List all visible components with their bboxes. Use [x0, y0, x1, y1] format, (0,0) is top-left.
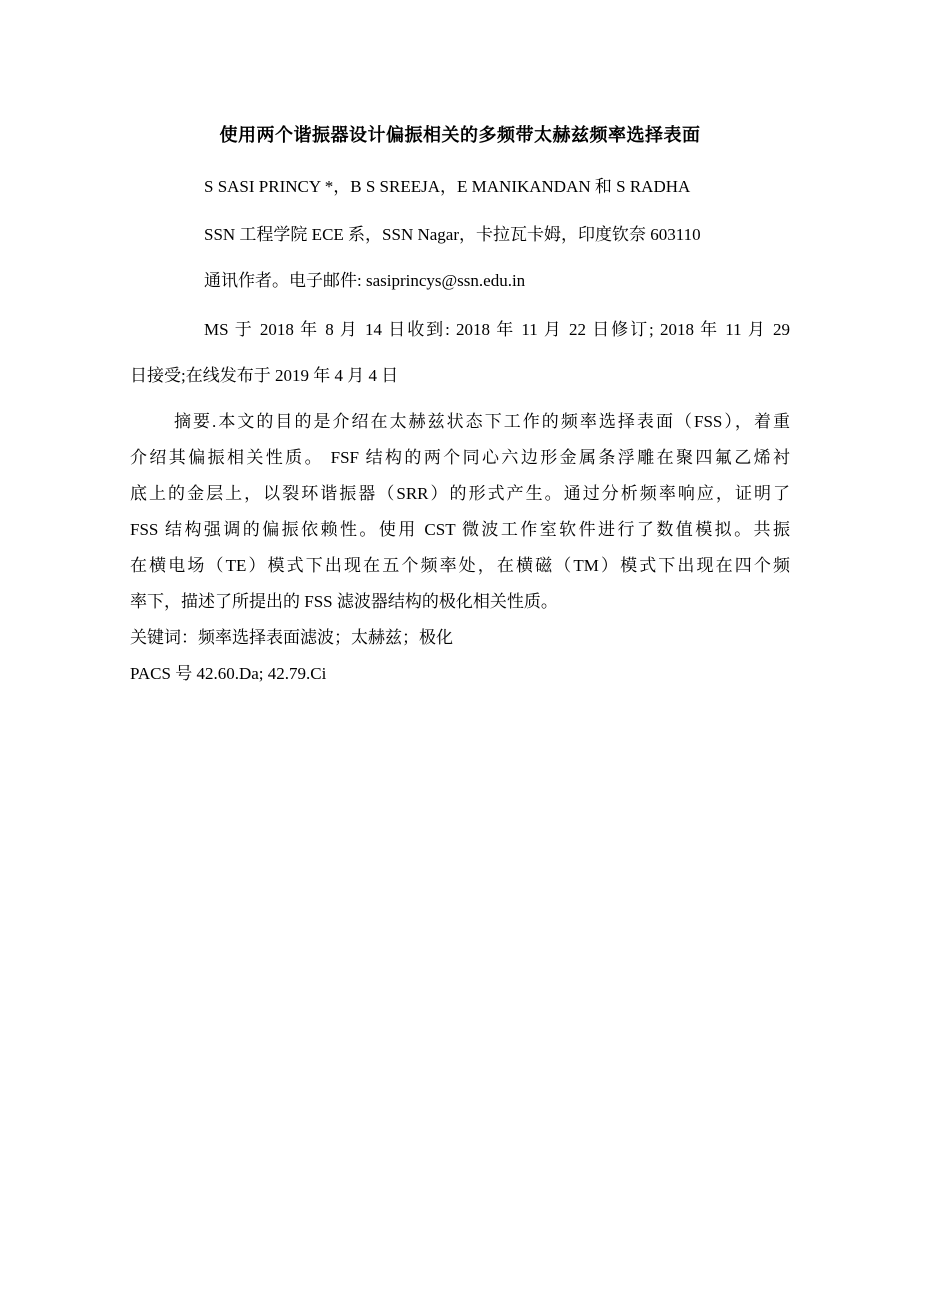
dates-line-1: MS 于 2018 年 8 月 14 日收到: 2018 年 11 月 22 日… — [130, 319, 790, 340]
abstract-line: 介绍其偏振相关性质。 FSF 结构的两个同心六边形金属条浮雕在聚四氟乙烯衬 — [130, 440, 790, 476]
abstract-line: 底上的金层上，以裂环谐振器（SRR）的形式产生。通过分析频率响应，证明了 — [130, 476, 790, 512]
keywords-line: 关键词：频率选择表面滤波；太赫兹；极化 — [130, 620, 790, 656]
correspondence-line: 通讯作者。电子邮件: sasiprincys@ssn.edu.in — [130, 270, 790, 291]
abstract-line: FSS 结构强调的偏振依赖性。使用 CST 微波工作室软件进行了数值模拟。共振 — [130, 512, 790, 548]
abstract-line: 率下，描述了所提出的 FSS 滤波器结构的极化相关性质。 — [130, 584, 790, 620]
affiliation-line: SSN 工程学院 ECE 系，SSN Nagar，卡拉瓦卡姆，印度钦奈 6031… — [130, 224, 790, 245]
author-line: S SASI PRINCY *，B S SREEJA，E MANIKANDAN … — [130, 176, 790, 197]
dates-line-2: 日接受;在线发布于 2019 年 4 月 4 日 — [130, 365, 790, 386]
abstract-line: 在横电场（TE）模式下出现在五个频率处，在横磁（TM）模式下出现在四个频 — [130, 548, 790, 584]
abstract-paragraph: 摘要.本文的目的是介绍在太赫兹状态下工作的频率选择表面（FSS），着重 介绍其偏… — [130, 404, 790, 692]
paper-title: 使用两个谐振器设计偏振相关的多频带太赫兹频率选择表面 — [130, 121, 790, 147]
document-page: 使用两个谐振器设计偏振相关的多频带太赫兹频率选择表面 S SASI PRINCY… — [0, 0, 926, 1309]
abstract-line: 摘要.本文的目的是介绍在太赫兹状态下工作的频率选择表面（FSS），着重 — [130, 404, 790, 440]
pacs-line: PACS 号 42.60.Da; 42.79.Ci — [130, 656, 790, 692]
